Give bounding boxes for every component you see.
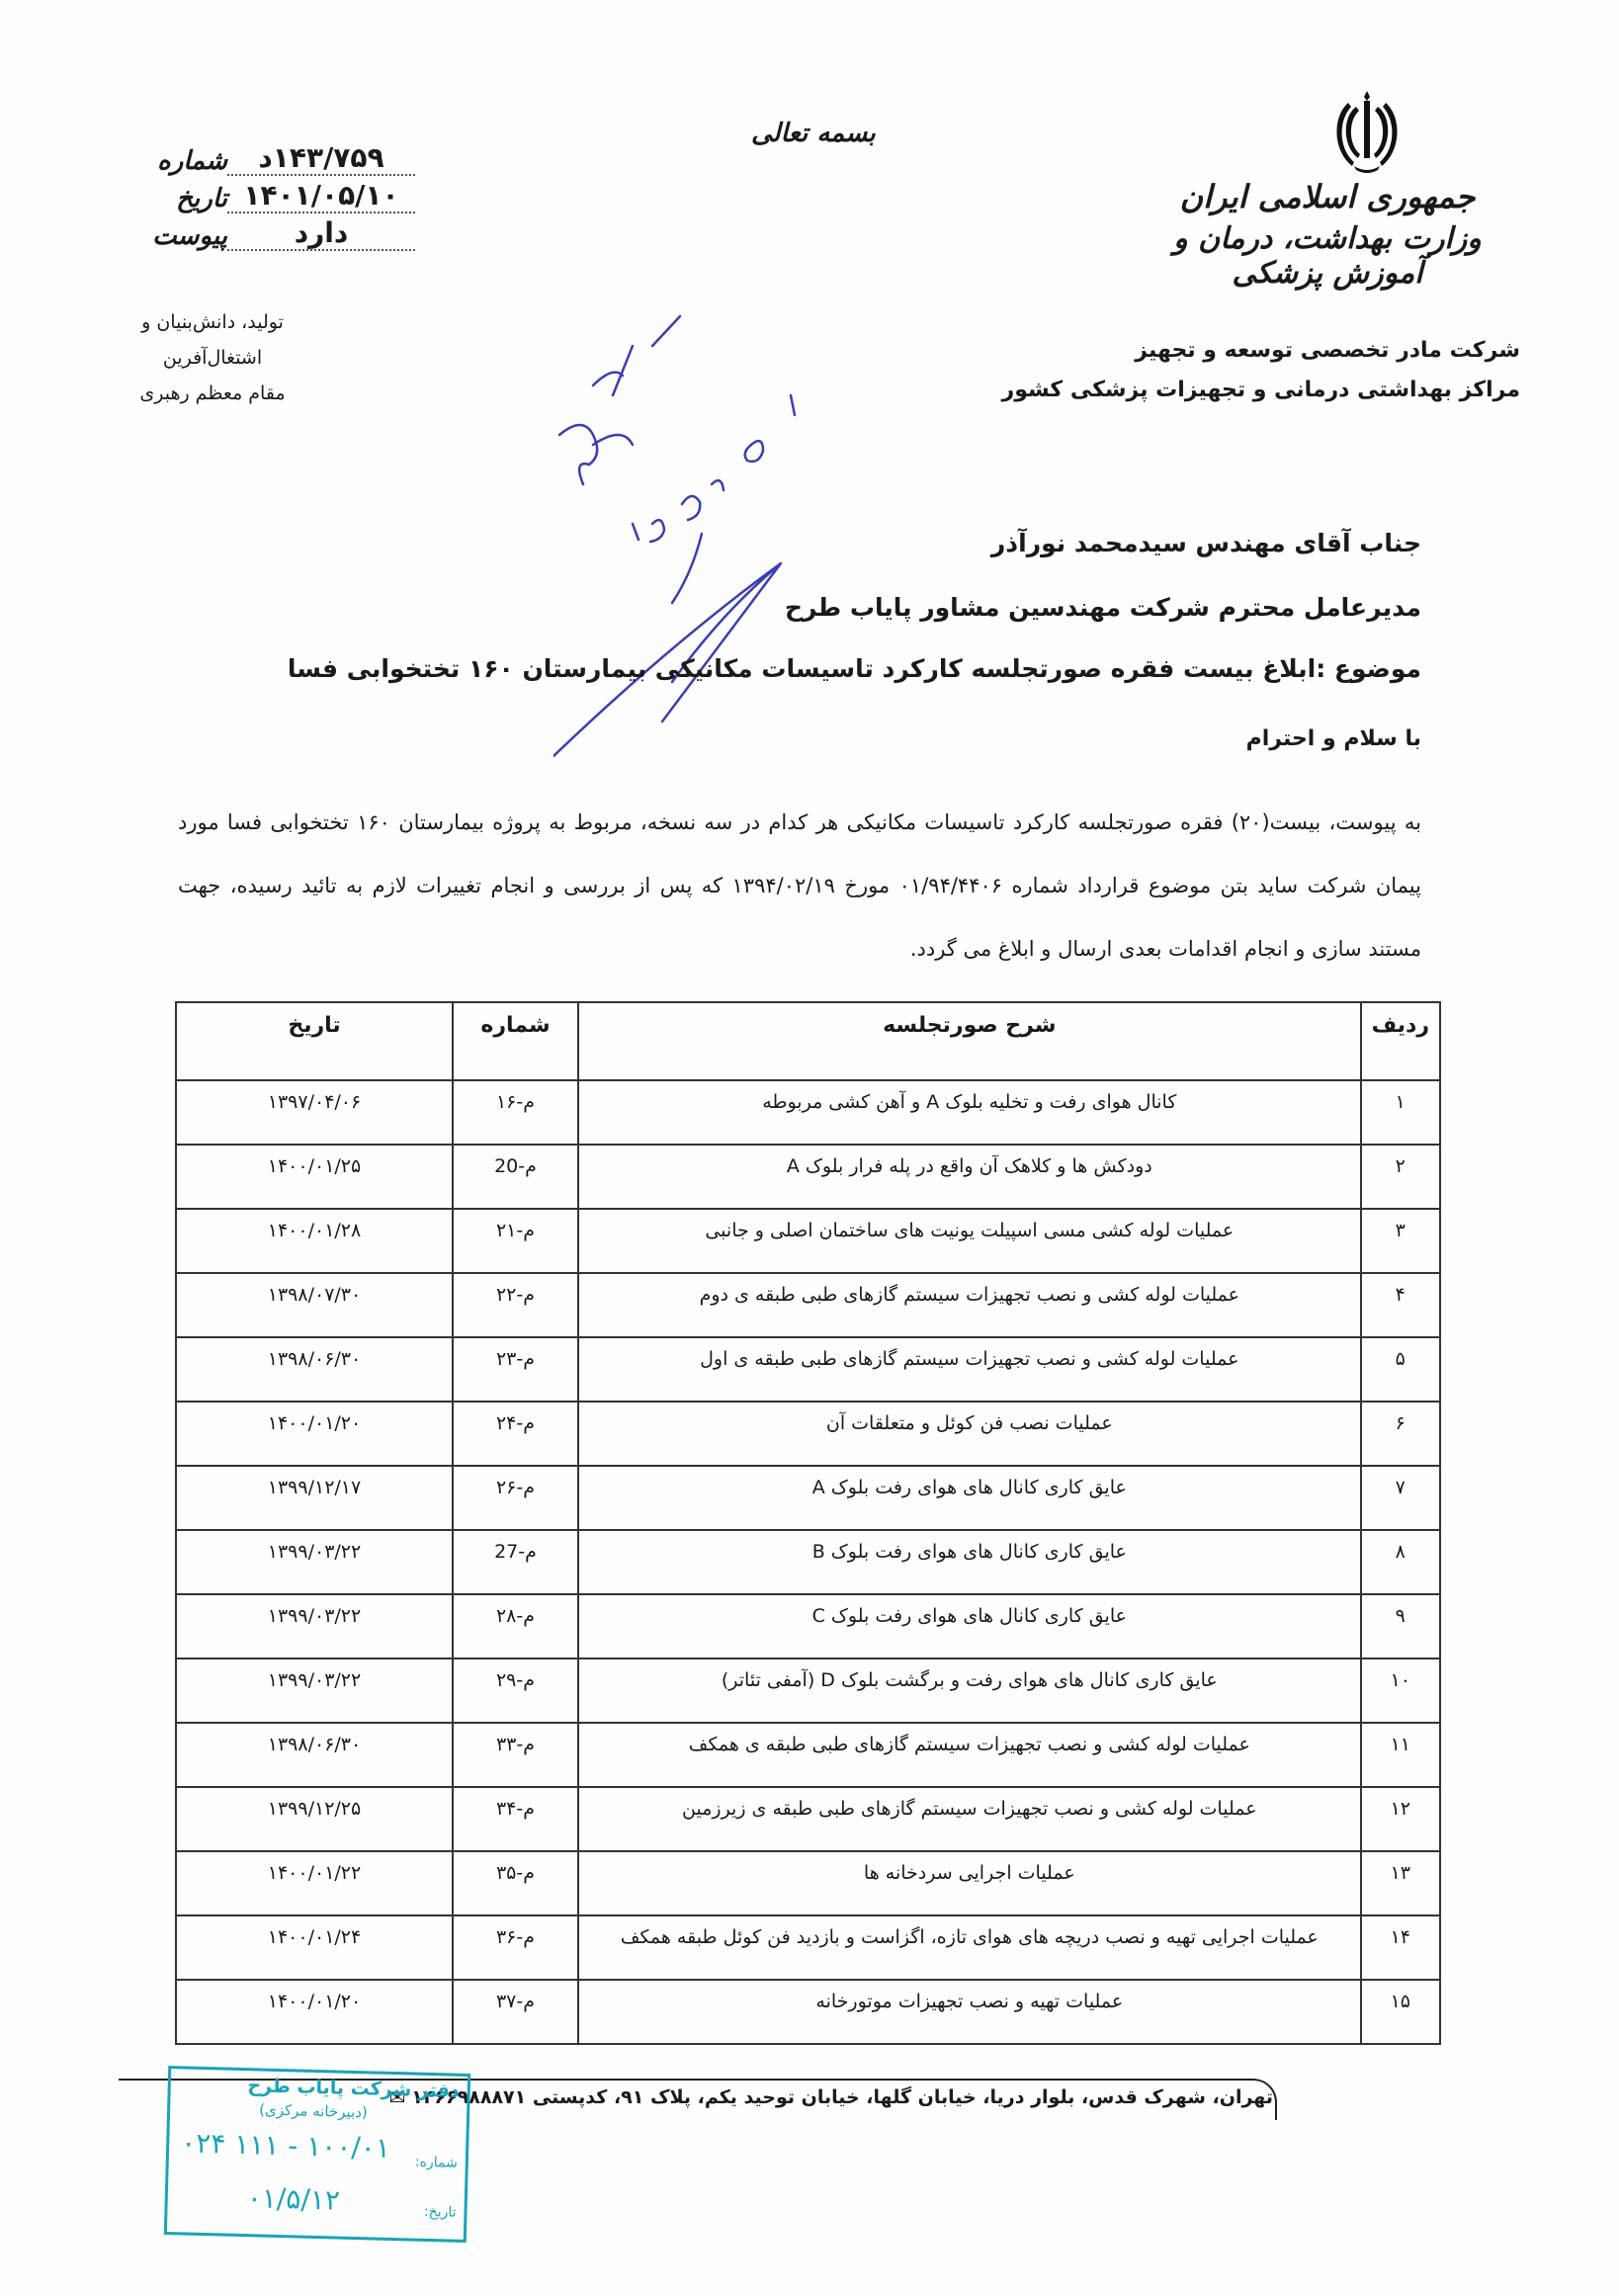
cell-date: ۱۳۹۸/۰۶/۳۰ (176, 1337, 453, 1402)
cell-description: عملیات لوله کشی و نصب تجهیزات سیستم گازه… (578, 1787, 1361, 1851)
cell-number: م-۲۲ (453, 1273, 578, 1337)
cell-row: ۸ (1361, 1530, 1440, 1594)
cell-number: م-۱۶ (453, 1080, 578, 1145)
cell-row: ۲ (1361, 1145, 1440, 1209)
header-date: تاریخ (176, 1002, 453, 1080)
letter-number-row: شماره ۱۴۳/۷۵۹د (158, 138, 415, 176)
header-number: شماره (453, 1002, 578, 1080)
letter-subject: موضوع :ابلاغ بیست فقره صورتجلسه کارکرد ت… (288, 654, 1421, 683)
cell-description: عملیات لوله کشی و نصب تجهیزات سیستم گازه… (578, 1337, 1361, 1402)
cell-description: عملیات اجرایی تهیه و نصب دریچه های هوای … (578, 1915, 1361, 1980)
cell-description: عملیات نصب فن کوئل و متعلقات آن (578, 1402, 1361, 1466)
addressee-title: مدیرعامل محترم شرکت مهندسین مشاور پایاب … (785, 593, 1421, 622)
table-row: ۷ عایق کاری کانال های هوای رفت بلوک A م-… (176, 1466, 1440, 1530)
cell-number: م-۳۴ (453, 1787, 578, 1851)
cell-date: ۱۴۰۰/۰۱/۲۲ (176, 1851, 453, 1915)
cell-row: ۱۱ (1361, 1723, 1440, 1787)
table-header-row: ردیف شرح صورتجلسه شماره تاریخ (176, 1002, 1440, 1080)
ministry-header: جمهوری اسلامی ایران وزارت بهداشت، درمان … (1164, 178, 1491, 291)
cell-description: عملیات لوله کشی و نصب تجهیزات سیستم گازه… (578, 1273, 1361, 1337)
letter-meta: شماره ۱۴۳/۷۵۹د تاریخ ۱۴۰۱/۰۵/۱۰ پیوست دا… (158, 138, 415, 251)
cell-date: ۱۴۰۰/۰۱/۲۵ (176, 1145, 453, 1209)
company-header: شرکت مادر تخصصی توسعه و تجهیز مراکز بهدا… (1002, 331, 1520, 410)
addressee-name: جناب آقای مهندس سیدمحمد نورآذر (991, 529, 1421, 557)
letter-attachment-value: دارد (227, 216, 415, 251)
header-row-number: ردیف (1361, 1002, 1440, 1080)
letter-number-label: شماره (158, 146, 227, 176)
stamp-subtitle: (دبیرخانه مرکزی) (259, 2100, 368, 2121)
table-row: ۱۲ عملیات لوله کشی و نصب تجهیزات سیستم گ… (176, 1787, 1440, 1851)
table-row: ۱۴ عملیات اجرایی تهیه و نصب دریچه های هو… (176, 1915, 1440, 1980)
table-row: ۱ کانال هوای رفت و تخلیه بلوک A و آهن کش… (176, 1080, 1440, 1145)
iran-emblem-icon (1332, 87, 1402, 176)
letter-body: به پیوست، بیست(۲۰) فقره صورتجلسه کارکرد … (178, 791, 1421, 980)
cell-number: م-۲۹ (453, 1658, 578, 1723)
company-line-1: شرکت مادر تخصصی توسعه و تجهیز (1002, 331, 1520, 371)
cell-date: ۱۳۹۹/۱۲/۲۵ (176, 1787, 453, 1851)
cell-date: ۱۳۹۸/۰۷/۳۰ (176, 1273, 453, 1337)
stamp-date-value: ۰۱/۵/۱۲ (246, 2181, 340, 2216)
bismillah: بسمه تعالی (751, 119, 876, 148)
cell-description: کانال هوای رفت و تخلیه بلوک A و آهن کشی … (578, 1080, 1361, 1145)
cell-description: عملیات اجرایی سردخانه ها (578, 1851, 1361, 1915)
cell-date: ۱۴۰۰/۰۱/۲۰ (176, 1402, 453, 1466)
ministry-title: وزارت بهداشت، درمان و آموزش پزشکی (1164, 221, 1491, 291)
cell-description: عایق کاری کانال های هوای رفت و برگشت بلو… (578, 1658, 1361, 1723)
republic-title: جمهوری اسلامی ایران (1164, 178, 1491, 215)
table-row: ۱۵ عملیات تهیه و نصب تجهیزات موتورخانه م… (176, 1980, 1440, 2044)
cell-row: ۱ (1361, 1080, 1440, 1145)
cell-row: ۱۴ (1361, 1915, 1440, 1980)
cell-row: ۱۵ (1361, 1980, 1440, 2044)
cell-row: ۶ (1361, 1402, 1440, 1466)
cell-number: م-27 (453, 1530, 578, 1594)
slogan-text: تولید، دانش‌بنیان و اشتغال‌آفرین (119, 304, 306, 376)
cell-date: ۱۴۰۰/۰۱/۲۴ (176, 1915, 453, 1980)
table-row: ۵ عملیات لوله کشی و نصب تجهیزات سیستم گا… (176, 1337, 1440, 1402)
cell-number: م-20 (453, 1145, 578, 1209)
minutes-table: ردیف شرح صورتجلسه شماره تاریخ ۱ کانال هو… (175, 1001, 1441, 2045)
table-row: ۳ عملیات لوله کشی مسی اسپیلت یونیت های س… (176, 1209, 1440, 1273)
letter-date-value: ۱۴۰۱/۰۵/۱۰ (227, 179, 415, 213)
letter-number-value: ۱۴۳/۷۵۹د (227, 141, 415, 176)
handwritten-annotation (554, 287, 929, 761)
cell-row: ۱۲ (1361, 1787, 1440, 1851)
cell-description: عملیات لوله کشی و نصب تجهیزات سیستم گازه… (578, 1723, 1361, 1787)
cell-row: ۱۳ (1361, 1851, 1440, 1915)
cell-number: م-۲۶ (453, 1466, 578, 1530)
letter-date-label: تاریخ (158, 184, 227, 213)
cell-number: م-۳۵ (453, 1851, 578, 1915)
footer-address: ✉ تهران، شهرک قدس، بلوار دریا، خیابان گل… (389, 2085, 1273, 2109)
stamp-number-label: شماره: (415, 2155, 458, 2171)
cell-number: م-۲۱ (453, 1209, 578, 1273)
company-line-2: مراکز بهداشتی درمانی و تجهیزات پزشکی کشو… (1002, 371, 1520, 410)
footer-address-text: تهران، شهرک قدس، بلوار دریا، خیابان گلها… (411, 2086, 1273, 2108)
cell-row: ۹ (1361, 1594, 1440, 1658)
cell-date: ۱۴۰۰/۰۱/۲۸ (176, 1209, 453, 1273)
cell-date: ۱۳۹۷/۰۴/۰۶ (176, 1080, 453, 1145)
table-row: ۲ دودکش ها و کلاهک آن واقع در پله فرار ب… (176, 1145, 1440, 1209)
cell-description: عملیات تهیه و نصب تجهیزات موتورخانه (578, 1980, 1361, 2044)
cell-date: ۱۳۹۹/۰۳/۲۲ (176, 1530, 453, 1594)
cell-row: ۵ (1361, 1337, 1440, 1402)
table-row: ۸ عایق کاری کانال های هوای رفت بلوک B م-… (176, 1530, 1440, 1594)
cell-number: م-۳۶ (453, 1915, 578, 1980)
cell-date: ۱۳۹۹/۰۳/۲۲ (176, 1658, 453, 1723)
letter-attachment-label: پیوست (158, 221, 227, 251)
header-description: شرح صورتجلسه (578, 1002, 1361, 1080)
stamp-number-value: ۱۰۰/۰۱ - ۱۱۱ ۰۲۴ (181, 2126, 390, 2165)
stamp-title: دفتر شرکت پایاب طرح (247, 2075, 460, 2102)
cell-date: ۱۳۹۹/۰۳/۲۲ (176, 1594, 453, 1658)
table-row: ۹ عایق کاری کانال های هوای رفت بلوک C م-… (176, 1594, 1440, 1658)
stamp-date-label: تاریخ: (424, 2204, 457, 2221)
letter-date-row: تاریخ ۱۴۰۱/۰۵/۱۰ (158, 176, 415, 213)
cell-date: ۱۴۰۰/۰۱/۲۰ (176, 1980, 453, 2044)
cell-description: عایق کاری کانال های هوای رفت بلوک B (578, 1530, 1361, 1594)
cell-row: ۴ (1361, 1273, 1440, 1337)
cell-number: م-۲۴ (453, 1402, 578, 1466)
table-row: ۱۰ عایق کاری کانال های هوای رفت و برگشت … (176, 1658, 1440, 1723)
received-stamp: دفتر شرکت پایاب طرح (دبیرخانه مرکزی) شما… (164, 2066, 470, 2243)
table-row: ۱۳ عملیات اجرایی سردخانه ها م-۳۵ ۱۴۰۰/۰۱… (176, 1851, 1440, 1915)
table-row: ۱۱ عملیات لوله کشی و نصب تجهیزات سیستم گ… (176, 1723, 1440, 1787)
slogan-attribution: مقام معظم رهبری (119, 376, 306, 411)
cell-description: دودکش ها و کلاهک آن واقع در پله فرار بلو… (578, 1145, 1361, 1209)
table-row: ۴ عملیات لوله کشی و نصب تجهیزات سیستم گا… (176, 1273, 1440, 1337)
cell-number: م-۳۳ (453, 1723, 578, 1787)
cell-row: ۳ (1361, 1209, 1440, 1273)
greeting: با سلام و احترام (1246, 726, 1421, 751)
cell-description: عملیات لوله کشی مسی اسپیلت یونیت های ساخ… (578, 1209, 1361, 1273)
letter-attachment-row: پیوست دارد (158, 213, 415, 251)
table-row: ۶ عملیات نصب فن کوئل و متعلقات آن م-۲۴ ۱… (176, 1402, 1440, 1466)
cell-description: عایق کاری کانال های هوای رفت بلوک C (578, 1594, 1361, 1658)
cell-number: م-۲۳ (453, 1337, 578, 1402)
cell-number: م-۳۷ (453, 1980, 578, 2044)
slogan: تولید، دانش‌بنیان و اشتغال‌آفرین مقام مع… (119, 304, 306, 411)
cell-description: عایق کاری کانال های هوای رفت بلوک A (578, 1466, 1361, 1530)
cell-row: ۷ (1361, 1466, 1440, 1530)
cell-date: ۱۳۹۸/۰۶/۳۰ (176, 1723, 453, 1787)
cell-row: ۱۰ (1361, 1658, 1440, 1723)
cell-number: م-۲۸ (453, 1594, 578, 1658)
cell-date: ۱۳۹۹/۱۲/۱۷ (176, 1466, 453, 1530)
